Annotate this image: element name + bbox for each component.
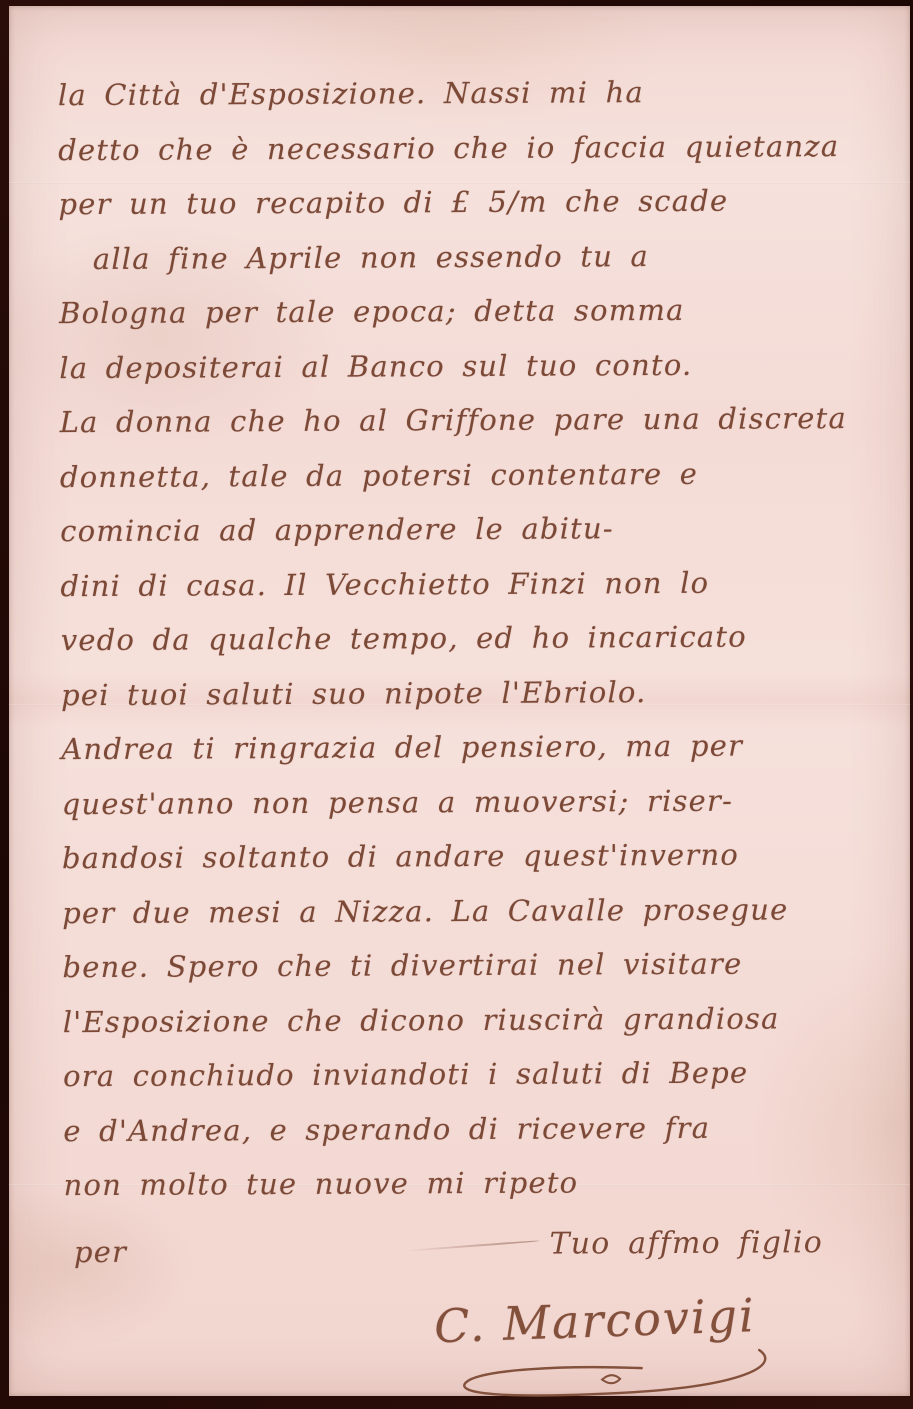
letter-line: Bologna per tale epoca; detta somma [59, 292, 888, 351]
valediction: Tuo affmo figlio [549, 1225, 823, 1261]
letter-line: non molto tue nuove mi ripeto [64, 1164, 893, 1223]
letter-line: pei tuoi saluti suo nipote l'Ebriolo. [61, 673, 890, 732]
framed-letter-photo: la Città d'Esposizione. Nassi mi ha dett… [0, 0, 913, 1409]
letter-line: La donna che ho al Griffone pare una dis… [60, 401, 889, 460]
letter-line: la depositerai al Banco sul tuo conto. [59, 346, 888, 405]
letter-line: la Città d'Esposizione. Nassi mi ha [58, 74, 887, 133]
signature-flourish-icon [441, 1339, 783, 1407]
letter-line: comincia ad apprendere le abitu- [60, 510, 889, 569]
letter-body: la Città d'Esposizione. Nassi mi ha dett… [58, 74, 893, 1289]
letter-line: dini di casa. Il Vecchietto Finzi non lo [60, 564, 889, 623]
letter-line: ora conchiudo inviandoti i saluti di Bep… [63, 1055, 892, 1114]
letter-line: per un tuo recapito di £ 5/m che scade [58, 183, 887, 242]
letter-page: la Città d'Esposizione. Nassi mi ha dett… [9, 6, 910, 1396]
letter-line: quest'anno non pensa a muoversi; riser- [62, 782, 891, 841]
letter-line: donnetta, tale da potersi contentare e [60, 455, 889, 514]
letter-line: e d'Andrea, e sperando di ricevere fra [63, 1109, 892, 1168]
letter-line: alla fine Aprile non essendo tu a [59, 237, 888, 296]
letter-line: bandosi soltanto di andare quest'inverno [62, 837, 891, 896]
letter-line: vedo da qualche tempo, ed ho incaricato [61, 619, 890, 678]
letter-line: bene. Spero che ti divertirai nel visita… [62, 946, 891, 1005]
letter-line: detto che è necessario che io faccia qui… [58, 128, 887, 187]
closing-left-word: per [74, 1234, 127, 1289]
letter-line: Andrea ti ringrazia del pensiero, ma per [61, 728, 890, 787]
letter-line: per due mesi a Nizza. La Cavalle prosegu… [62, 891, 891, 950]
closing-row: per Tuo affmo figlio [64, 1224, 893, 1288]
letter-line: l'Esposizione che dicono riuscirà grandi… [63, 1000, 892, 1059]
signature: C. Marcovigi [433, 1285, 857, 1409]
